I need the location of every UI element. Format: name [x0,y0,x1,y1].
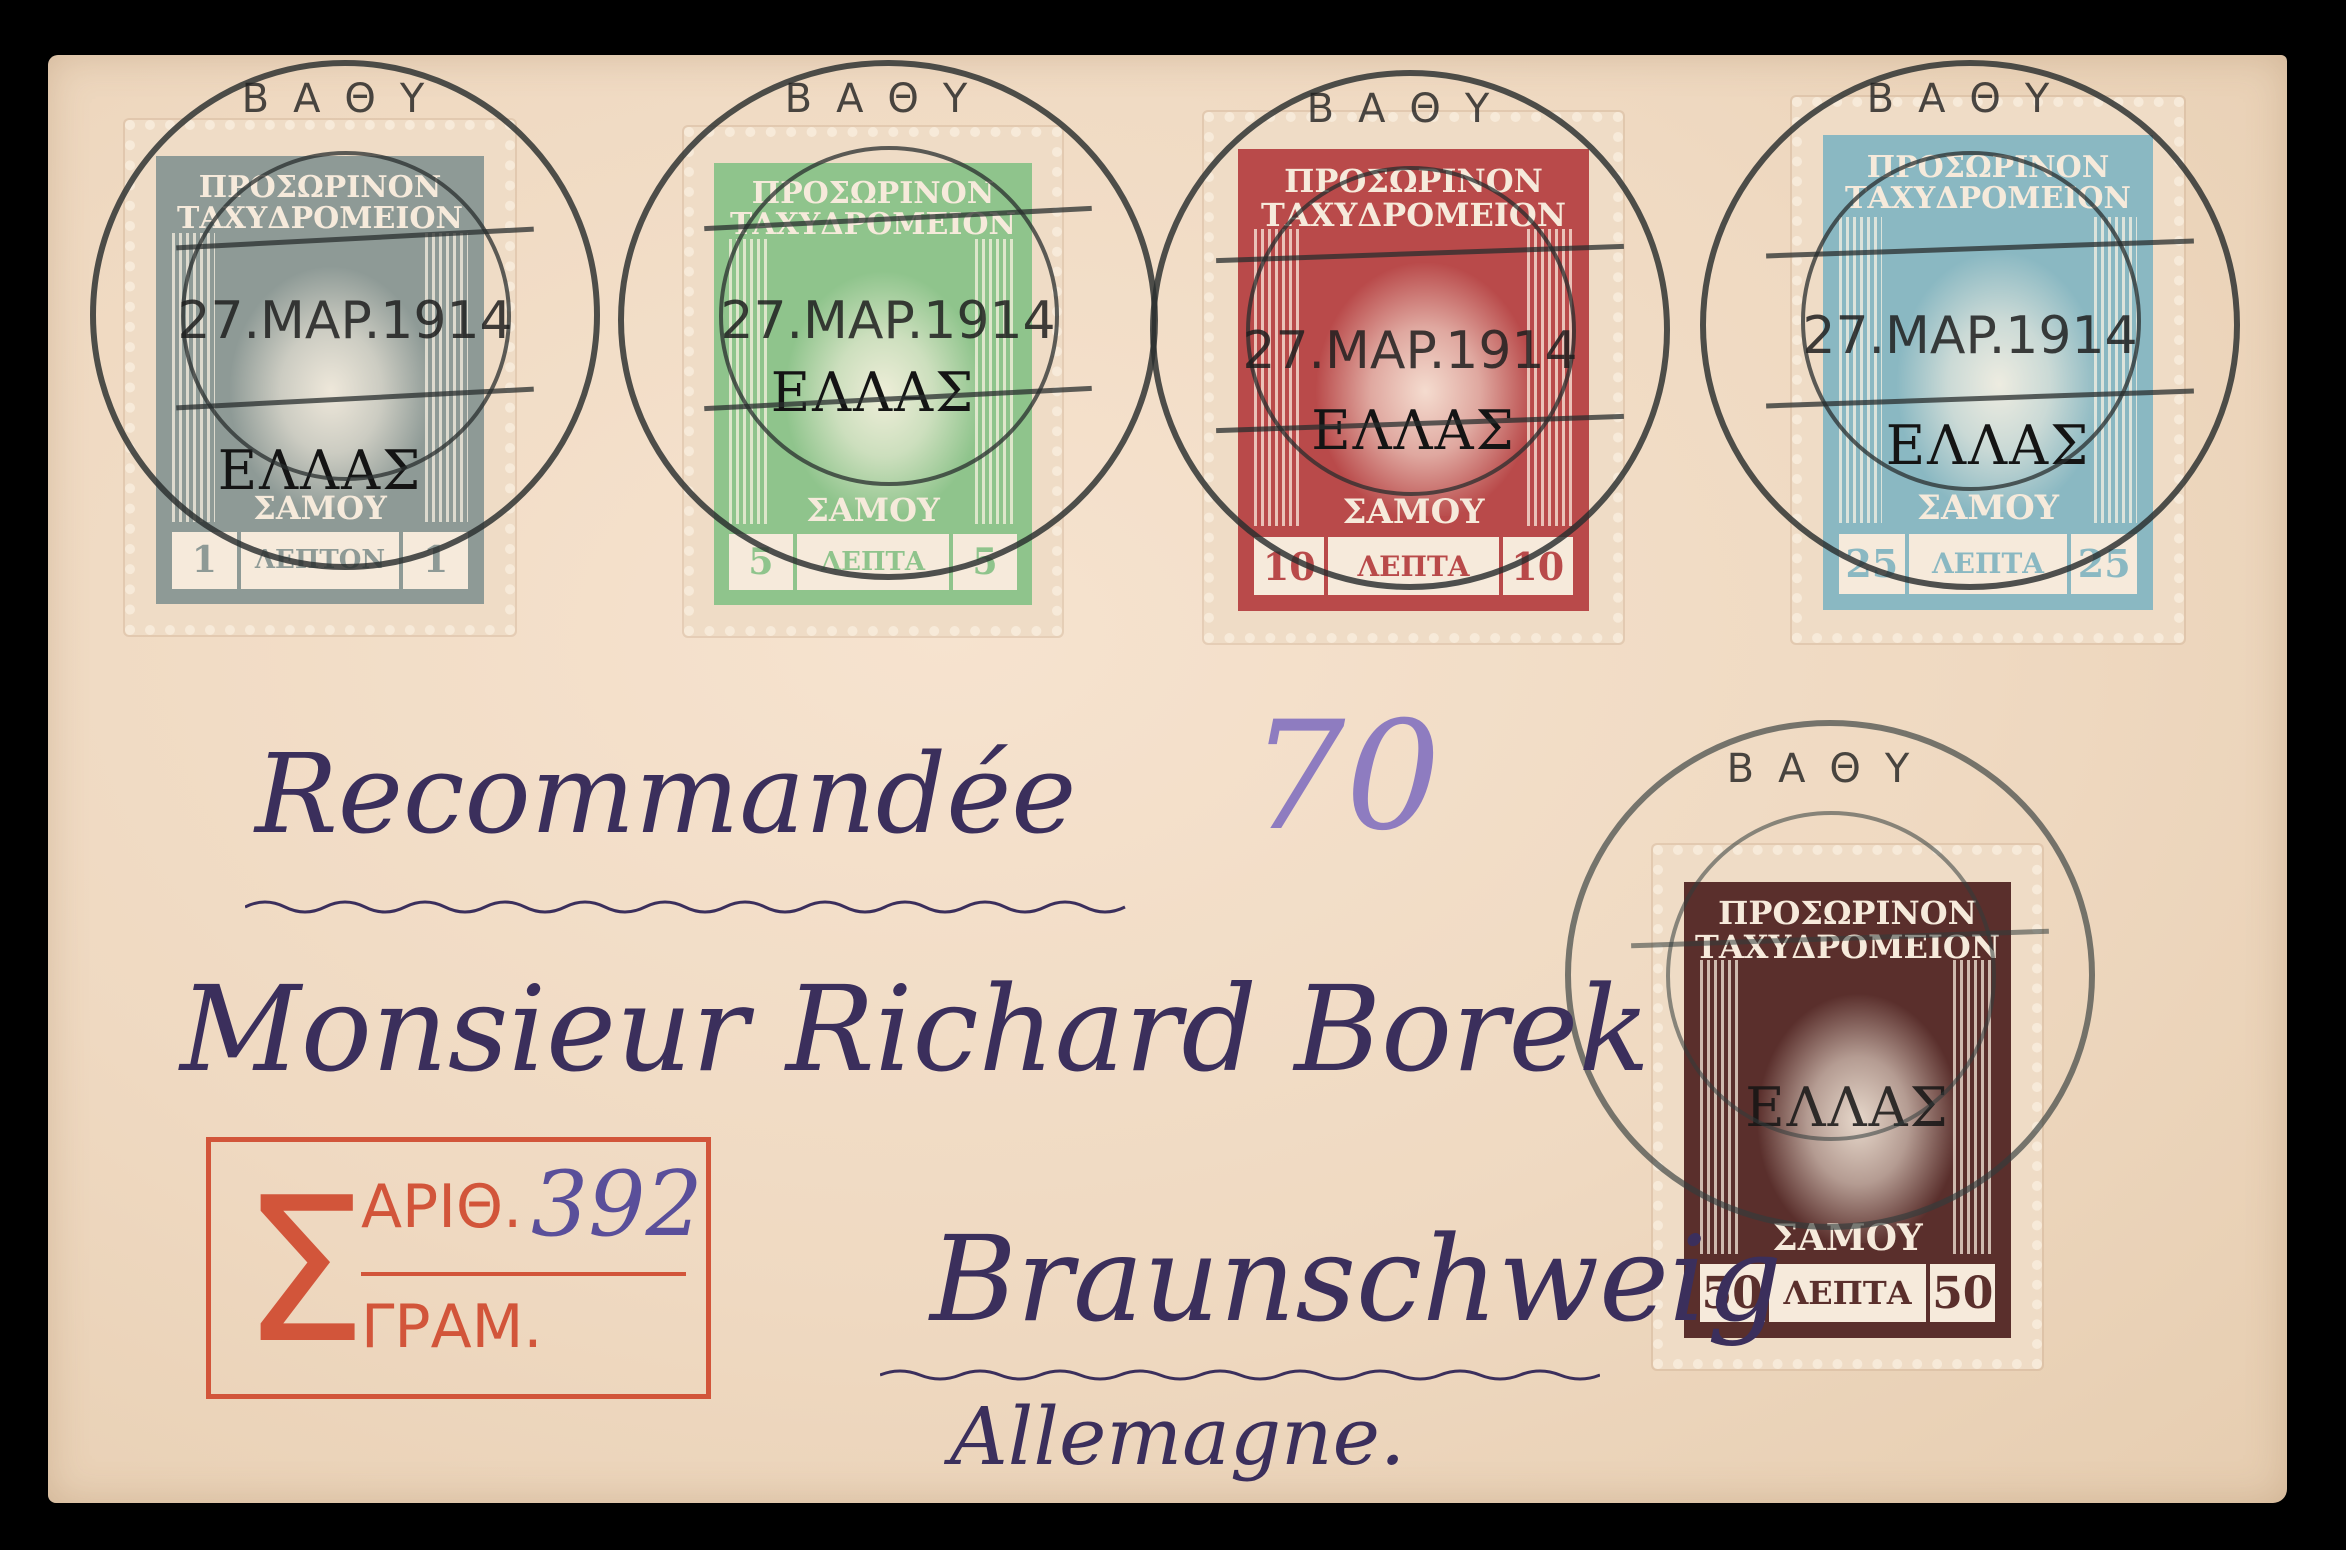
registration-label: Σ ΑΡΙΘ. ΓΡΑΜ. 392 [206,1137,711,1399]
postmark-town: ΒΑΘΥ [1571,746,2089,792]
city-text: Braunschweig [930,1210,1782,1348]
stamp-value-right: 50 [1930,1264,1995,1322]
postmark-town: ΒΑΘΥ [624,76,1152,122]
postmark-4: ΒΑΘΥ 27.MAP.1914 [1700,60,2240,590]
underline-wave [245,895,1145,915]
postmark-2: ΒΑΘΥ 27.MAP.1914 [618,60,1158,580]
postmark-3: ΒΑΘΥ 27.MAP.1914 [1150,70,1670,590]
registration-divider [361,1272,686,1276]
registration-number-label: ΑΡΙΘ. [361,1172,522,1242]
postmark-town: ΒΑΘΥ [1156,86,1664,132]
addressee-text: Monsieur Richard Borek [180,960,1650,1098]
registration-number: 392 [531,1152,703,1257]
stamp-unit: ΛΕΠΤΑ [1769,1264,1927,1322]
underline-wave [880,1365,1600,1385]
postmark-town: ΒΑΘΥ [1706,76,2234,122]
pencil-mark: 70 [1250,690,1441,864]
postmark-town: ΒΑΘΥ [96,76,594,122]
postmark-date: 27.MAP.1914 [96,291,594,351]
postmark-date: 27.MAP.1914 [1706,306,2234,366]
service-text: Recommandée [255,730,1076,858]
registration-letter-label: ΓΡΑΜ. [361,1292,543,1362]
country-text: Allemagne. [950,1390,1405,1483]
postmark-date: 27.MAP.1914 [1156,321,1664,381]
postmark-1: ΒΑΘΥ 27.MAP.1914 [90,60,600,570]
postmark-date: 27.MAP.1914 [624,291,1152,351]
sigma-icon: Σ [241,1172,367,1372]
